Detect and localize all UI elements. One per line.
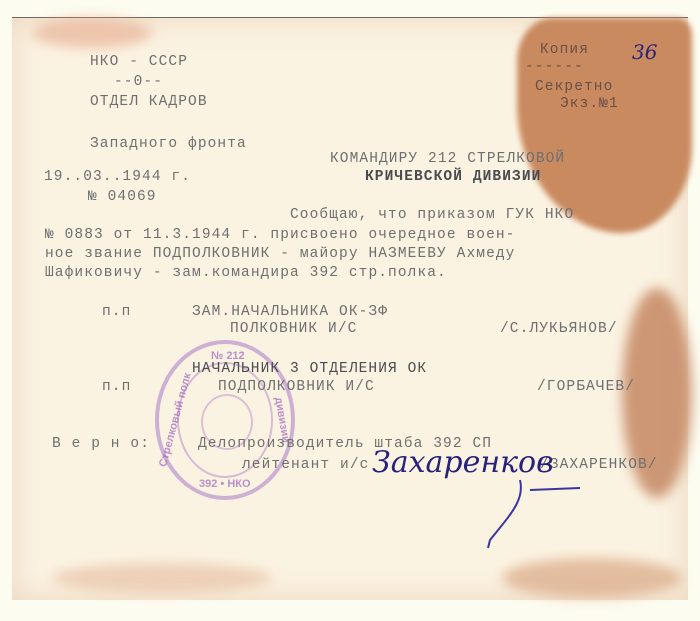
signature-1-title: ЗАМ.НАЧАЛЬНИКА ОК-ЗФ — [192, 305, 388, 320]
body-line-4: Шафиковичу - зам.командира 392 стр.полка… — [45, 266, 447, 281]
header-separator: --0-- — [114, 75, 163, 90]
header-org: НКО - СССР — [90, 55, 188, 70]
page-number: 36 — [632, 40, 657, 64]
copy-number: Экз.№1 — [560, 97, 619, 112]
signature-1-name: /С.ЛУКЬЯНОВ/ — [500, 322, 618, 337]
addressee-line2: КРИЧЕВСКОЙ ДИВИЗИИ — [365, 170, 541, 185]
body-line-2: № 0883 от 11.3.1944 г. присвоено очередн… — [45, 228, 515, 243]
signature-2-rank: ПОДПОЛКОВНИК И/С — [218, 380, 375, 395]
document-date: 19..03..1944 г. — [44, 170, 191, 185]
signature-2-mark: п.п — [102, 380, 131, 395]
copy-dashes: ------ — [525, 60, 584, 75]
stain-top-left — [32, 18, 152, 48]
signature-2-name: /ГОРБАЧЕВ/ — [537, 380, 635, 395]
signature-1-rank: ПОЛКОВНИК И/С — [230, 322, 357, 337]
header-department: ОТДЕЛ КАДРОВ — [90, 95, 208, 110]
certification-label: В е р н о: — [52, 437, 150, 452]
body-line-1: Сообщаю, что приказом ГУК НКО — [290, 208, 574, 223]
body-line-3: ное звание ПОДПОЛКОВНИК - майору НАЗМЕЕВ… — [45, 247, 515, 262]
signature-flourish-icon — [430, 470, 590, 550]
signature-2-title: НАЧАЛЬНИК 3 ОТДЕЛЕНИЯ ОК — [192, 362, 427, 377]
signature-1-mark: п.п — [102, 305, 131, 320]
copy-label: Копия — [540, 43, 589, 58]
addressee-line1: КОМАНДИРУ 212 СТРЕЛКОВОЙ — [330, 152, 565, 167]
certification-line2: лейтенант и/с — [242, 458, 369, 473]
stain-bottom-left — [52, 563, 272, 593]
stamp-bottom-text: 392 • НКО — [199, 478, 251, 490]
document-number: № 04069 — [88, 190, 157, 205]
secret-label: Секретно — [535, 80, 613, 95]
header-front: Западного фронта — [90, 137, 247, 152]
stain-bottom-right — [502, 558, 682, 598]
